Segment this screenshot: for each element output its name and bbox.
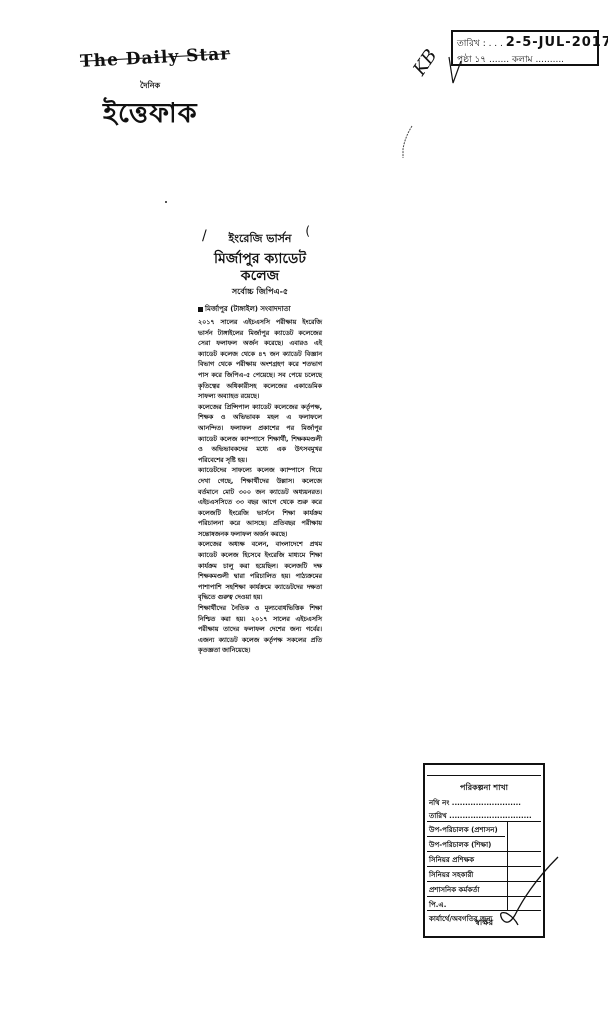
row-label: প্রশাসনিক কর্মকর্তা xyxy=(429,886,480,894)
date-label: তারিখ xyxy=(457,39,480,49)
article-paragraph: ২০১৭ সালের এইচএসসি পরীক্ষায় ইংরেজি ভার্… xyxy=(198,317,322,402)
scan-speck xyxy=(165,201,167,203)
pen-stroke-mark xyxy=(400,125,414,159)
masthead-prefix: দৈনিক xyxy=(140,80,160,93)
article-subhead: সর্বোচ্চ জিপিএ-৫ xyxy=(198,286,322,299)
page-row: পৃষ্ঠা ১৭ ....... কলাম .......... xyxy=(457,52,564,67)
divider xyxy=(427,836,505,837)
dateline-text: মির্জাপুর (টাঙ্গাইল) সংবাদদাতা xyxy=(205,305,291,313)
article-paragraph: ক্যাডেটদের সাফল্যে কলেজ ক্যাম্পাসে গিয়ে… xyxy=(198,465,322,539)
page-value: ১৭ xyxy=(474,55,486,65)
row-label: সিনিয়র সহকারী xyxy=(429,871,473,879)
struck-masthead-daily-star: The Daily Star xyxy=(80,44,231,72)
dotted-leader: .......... xyxy=(535,55,564,65)
row-label: উপ-পরিচালক (শিক্ষা) xyxy=(429,841,491,849)
row-label: নথি নং xyxy=(429,799,449,807)
row-label: তারিখ xyxy=(429,812,447,820)
row-label: পি.এ. xyxy=(429,901,446,909)
stamp-row-senior-instructor: সিনিয়র প্রশিক্ষক xyxy=(429,854,474,866)
column-label: কলাম xyxy=(512,55,533,65)
handwritten-signature xyxy=(480,855,560,935)
paren-mark: ( xyxy=(305,224,310,238)
article-kicker: / ইংরেজি ভার্সন ( xyxy=(198,230,322,249)
stamp-date: 2-5-JUL-2017 xyxy=(506,35,608,50)
row-label: সিনিয়র প্রশিক্ষক xyxy=(429,856,474,864)
divider xyxy=(427,851,541,852)
stamp-row-admin-officer: প্রশাসনিক কর্মকর্তা xyxy=(429,884,480,896)
page-label: পৃষ্ঠা xyxy=(457,55,472,65)
article-headline: মির্জাপুর ক্যাডেট কলেজ xyxy=(198,251,322,285)
square-bullet-icon xyxy=(198,307,203,312)
newspaper-name: ইত্তেফাক xyxy=(103,93,198,138)
row-label: উপ-পরিচালক (প্রশাসন) xyxy=(429,826,498,834)
handwritten-initials: KB xyxy=(409,46,442,80)
stamp-row-dd-admin: উপ-পরিচালক (প্রশাসন) xyxy=(429,824,498,836)
kicker-text: ইংরেজি ভার্সন xyxy=(229,232,292,245)
dotted-leader: ....... xyxy=(489,55,512,65)
article-paragraph: শিক্ষার্থীদের নৈতিক ও মূল্যবোধভিত্তিক শি… xyxy=(198,603,322,656)
date-stamp: তারিখ : . . . 2-5-JUL-2017 পৃষ্ঠা ১৭ ...… xyxy=(451,30,599,66)
article-dateline: মির্জাপুর (টাঙ্গাইল) সংবাদদাতা xyxy=(198,303,322,315)
dotted-leader: : . . . xyxy=(483,39,506,49)
article-paragraph: কলেজের অধ্যক্ষ বলেন, বাংলাদেশে প্রথম ক্য… xyxy=(198,539,322,603)
date-row: তারিখ : . . . 2-5-JUL-2017 xyxy=(457,35,608,51)
article-paragraph: কলেজের প্রিন্সিপাল ক্যাডেট কলেজের কর্তৃপ… xyxy=(198,402,322,466)
stamp-row-dd-edu: উপ-পরিচালক (শিক্ষা) xyxy=(429,839,491,851)
stamp-row-file-no: নথি নং .......................... xyxy=(429,797,521,809)
divider xyxy=(427,821,541,822)
divider xyxy=(427,775,541,776)
news-clipping: / ইংরেজি ভার্সন ( মির্জাপুর ক্যাডেট কলেজ… xyxy=(198,230,322,656)
slash-mark: / xyxy=(202,228,207,244)
article-body: ২০১৭ সালের এইচএসসি পরীক্ষায় ইংরেজি ভার্… xyxy=(198,317,322,656)
stamp-title: পরিকল্পনা শাখা xyxy=(425,782,543,795)
stamp-row-senior-assistant: সিনিয়র সহকারী xyxy=(429,869,473,881)
